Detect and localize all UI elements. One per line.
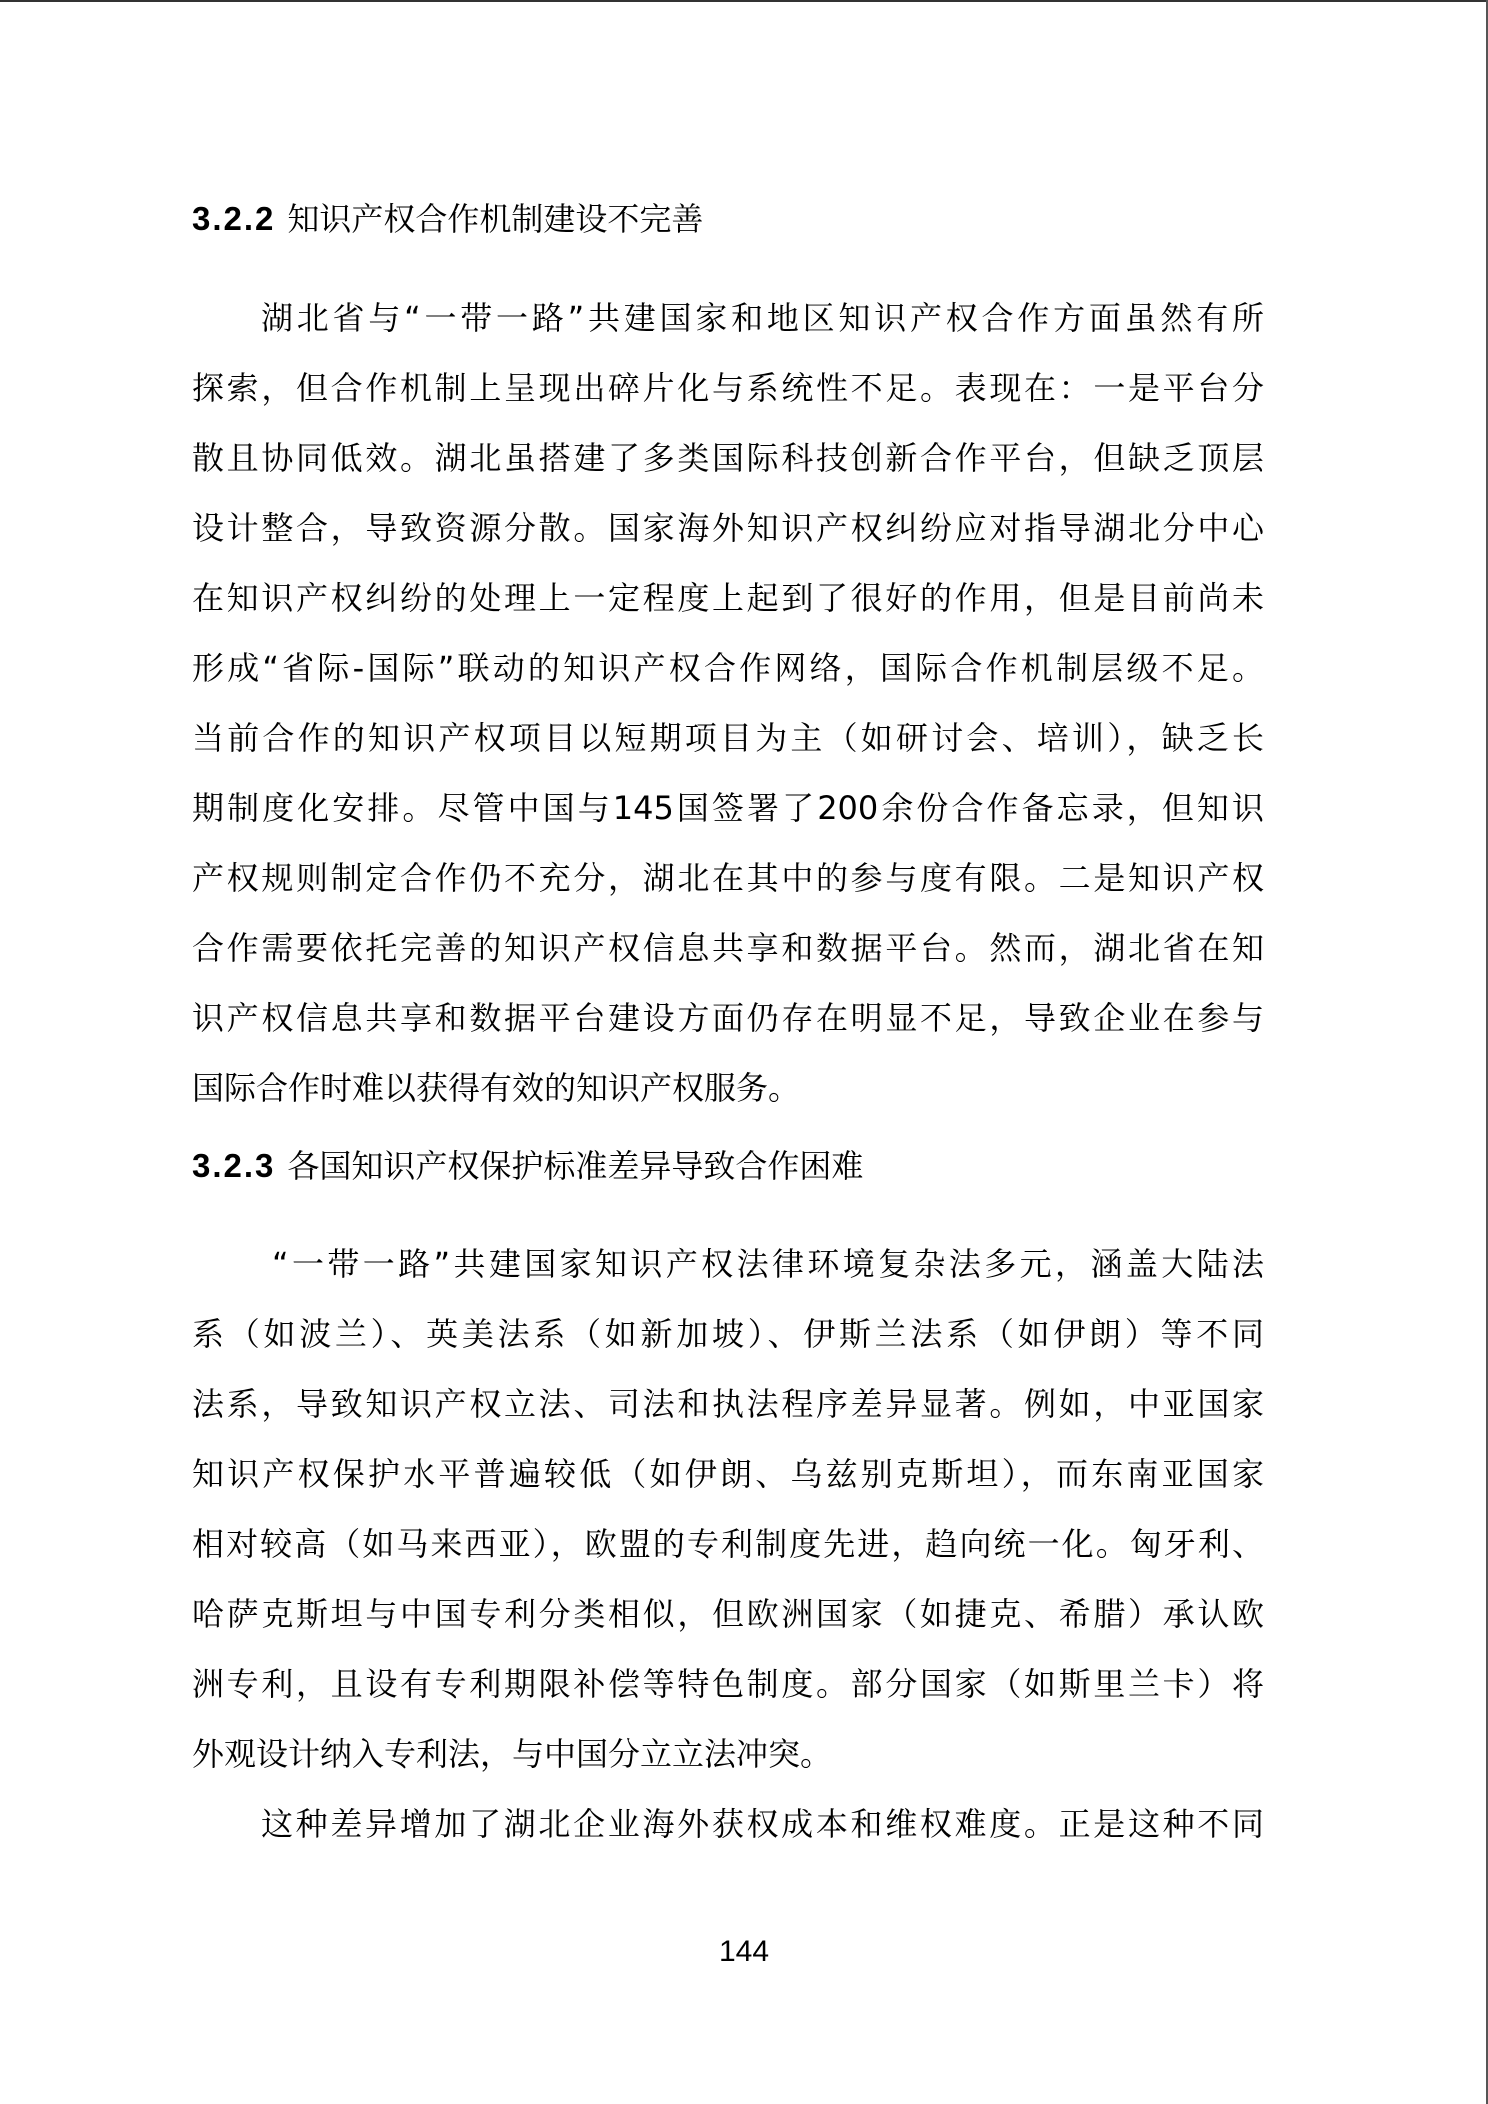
text-line: 形成“省际-国际”联动的知识产权合作网络，国际合作机制层级不足。: [192, 633, 1264, 703]
text-line: 知识产权保护水平普遍较低（如伊朗、乌兹别克斯坦），而东南亚国家: [192, 1439, 1264, 1509]
paragraph: “一带一路”共建国家知识产权法律环境复杂法多元，涵盖大陆法 系（如波兰）、英美法…: [192, 1229, 1264, 1789]
text-line: 法系，导致知识产权立法、司法和执法程序差异显著。例如，中亚国家: [192, 1369, 1264, 1439]
text-line: 期制度化安排。尽管中国与145国签署了200余份合作备忘录，但知识: [192, 773, 1264, 843]
section-title: 知识产权合作机制建设不完善: [287, 200, 703, 238]
text-line: 当前合作的知识产权项目以短期项目为主（如研讨会、培训），缺乏长: [192, 703, 1264, 773]
text-line: 合作需要依托完善的知识产权信息共享和数据平台。然而，湖北省在知: [192, 913, 1264, 983]
text-line: 哈萨克斯坦与中国专利分类相似，但欧洲国家（如捷克、希腊）承认欧: [192, 1579, 1264, 1649]
text-line: 相对较高（如马来西亚），欧盟的专利制度先进，趋向统一化。匈牙利、: [192, 1509, 1264, 1579]
section-number: 3.2.2: [192, 200, 275, 237]
page-number: 144: [0, 1932, 1488, 1972]
text-line: 湖北省与“一带一路”共建国家和地区知识产权合作方面虽然有所: [192, 283, 1264, 353]
text-line: 识产权信息共享和数据平台建设方面仍存在明显不足，导致企业在参与: [192, 983, 1264, 1053]
text-line: 国际合作时难以获得有效的知识产权服务。: [192, 1053, 1264, 1123]
text-line: 这种差异增加了湖北企业海外获权成本和维权难度。正是这种不同: [192, 1789, 1264, 1859]
section-heading-3-2-2: 3.2.2知识产权合作机制建设不完善: [192, 199, 703, 239]
text-line: 产权规则制定合作仍不充分，湖北在其中的参与度有限。二是知识产权: [192, 843, 1264, 913]
text-line: 洲专利，且设有专利期限补偿等特色制度。部分国家（如斯里兰卡）将: [192, 1649, 1264, 1719]
text-line: 在知识产权纠纷的处理上一定程度上起到了很好的作用，但是目前尚未: [192, 563, 1264, 633]
text-line: 散且协同低效。湖北虽搭建了多类国际科技创新合作平台，但缺乏顶层: [192, 423, 1264, 493]
section-heading-3-2-3: 3.2.3各国知识产权保护标准差异导致合作困难: [192, 1146, 863, 1186]
text-line: 设计整合，导致资源分散。国家海外知识产权纠纷应对指导湖北分中心: [192, 493, 1264, 563]
text-line: 系（如波兰）、英美法系（如新加坡）、伊斯兰法系（如伊朗）等不同: [192, 1299, 1264, 1369]
text-line: 探索，但合作机制上呈现出碎片化与系统性不足。表现在：一是平台分: [192, 353, 1264, 423]
paragraph: 这种差异增加了湖北企业海外获权成本和维权难度。正是这种不同: [192, 1789, 1264, 1859]
section-number: 3.2.3: [192, 1147, 275, 1184]
page-top-border: [0, 0, 1488, 2]
text-line: “一带一路”共建国家知识产权法律环境复杂法多元，涵盖大陆法: [192, 1229, 1264, 1299]
paragraph: 湖北省与“一带一路”共建国家和地区知识产权合作方面虽然有所 探索，但合作机制上呈…: [192, 283, 1264, 1123]
text-line: 外观设计纳入专利法，与中国分立立法冲突。: [192, 1719, 1264, 1789]
section-title: 各国知识产权保护标准差异导致合作困难: [287, 1147, 863, 1185]
